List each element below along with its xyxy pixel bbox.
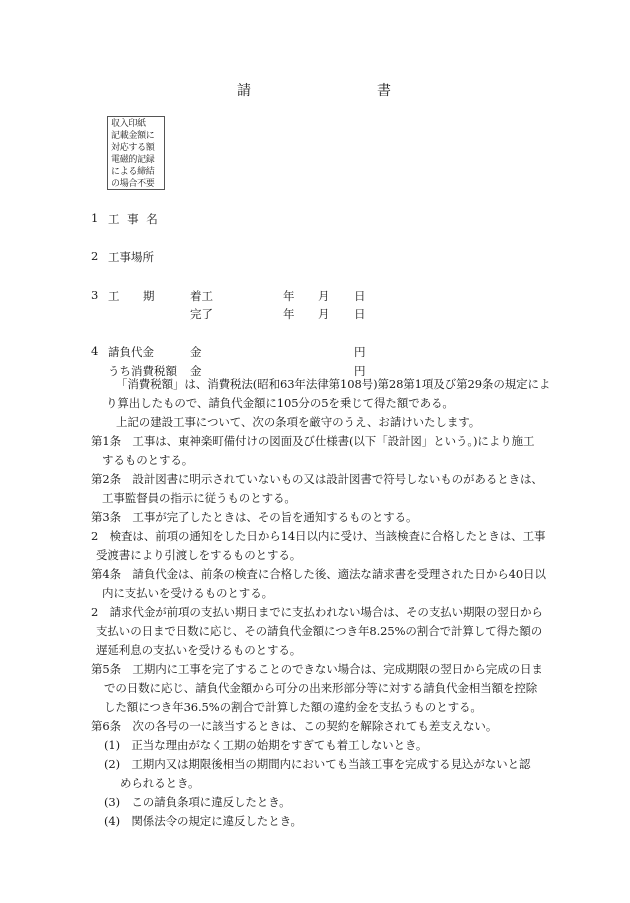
article-4-line: 第4条 請負代金は、前条の検査に合格した後、適法な請求書を受理された日から40日… [91,565,546,584]
article-3-line: 2 検査は、前項の通知をした日から14日以内に受け、当該検査に合格したときは、工… [91,527,545,546]
item3-label-a: 工 [108,288,120,304]
paragraph-line: り算出したもので、請負代金額に105分の5を乗じて得た額である。 [106,394,454,413]
title-char-1: 請 [237,80,251,100]
stamp-line: 収入印紙 [111,118,164,130]
item2-number: 2 [91,249,98,263]
stamp-line: 電磁的記録 [111,154,164,166]
article-2-line: 第2条 設計図書に明示されていないもの又は設計図書で符号しないものがあるときは、 [91,470,543,489]
paragraph-line: 「消費税額」は、消費税法(昭和63年法律第108号)第28第1項及び第29条の規… [116,375,550,394]
article-5-line: での日数に応じ、請負代金額から可分の出来形部分等に対する請負代金相当額を控除 [104,679,537,698]
article-2-line: 工事監督員の指示に従うものとする。 [102,489,296,508]
item3-number: 3 [91,288,98,302]
stamp-line: の場合不要 [111,178,164,190]
item3-label-b: 期 [143,288,155,304]
paragraph-line: 上記の建設工事について、次の条項を厳守のうえ、お請けいたします。 [116,413,480,432]
article-6-clause: (2) 工期内又は期限後相当の期間内においても当該工事を完成する見込がないと認 [104,755,530,774]
item4-number: 4 [91,344,98,358]
article-4-line: 支払いの日まで日数に応じ、その請負代金額につき年8.25%の割合で計算して得た額… [96,622,542,641]
article-6-clause: (3) この請負条項に違反したとき。 [104,793,291,812]
article-4-line: 内に支払いを受けるものとする。 [102,584,273,603]
end-day: 日 [354,306,366,322]
article-1-line: 第1条 工事は、東神楽町備付けの図面及び仕様書(以下「設計図」という。)により施… [91,432,534,451]
contract-amount-yen: 円 [354,344,366,360]
contract-amount-kin: 金 [190,344,202,360]
article-5-line: した額につき年36.5%の割合で計算した額の違約金を支払うものとする。 [104,698,482,717]
item1-label: 工 事 名 [108,211,160,227]
article-6-clause: (4) 関係法令の規定に違反したとき。 [104,812,302,831]
article-5-line: 第5条 工期内に工事を完了することのできない場合は、完成期限の翌日から完成の日ま [91,660,543,679]
end-label: 完了 [190,306,213,322]
item1-number: 1 [91,211,98,225]
end-year: 年 [283,306,295,322]
end-month: 月 [318,306,330,322]
article-6-clause: (1) 正当な理由がなく工期の始期をすぎても着工しないとき。 [104,736,427,755]
item2-label: 工事場所 [108,249,154,265]
stamp-line: 対応する額 [111,142,164,154]
revenue-stamp-box: 収入印紙 記載金額に 対応する額 電磁的記録 による締結 の場合不要 [107,116,165,190]
article-6-line: 第6条 次の各号の一に該当するときは、この契約を解除されても差支えない。 [91,717,497,736]
article-4-line: 遅延利息の支払いを受けるものとする。 [96,641,301,660]
article-4-line: 2 請求代金が前項の支払い期日までに支払われない場合は、その支払い期限の翌日から [91,603,543,622]
contract-amount-label: 請負代金 [108,344,154,360]
start-year: 年 [283,288,295,304]
article-3-line: 第3条 工事が完了したときは、その旨を通知するものとする。 [91,508,417,527]
start-month: 月 [318,288,330,304]
start-day: 日 [354,288,366,304]
title-char-2: 書 [377,80,391,100]
article-6-clause: められるとき。 [120,774,199,793]
article-1-line: するものとする。 [102,451,193,470]
start-label: 着工 [190,288,213,304]
stamp-line: による締結 [111,166,164,178]
article-3-line: 受渡書により引渡しをするものとする。 [96,546,301,565]
stamp-line: 記載金額に [111,130,164,142]
